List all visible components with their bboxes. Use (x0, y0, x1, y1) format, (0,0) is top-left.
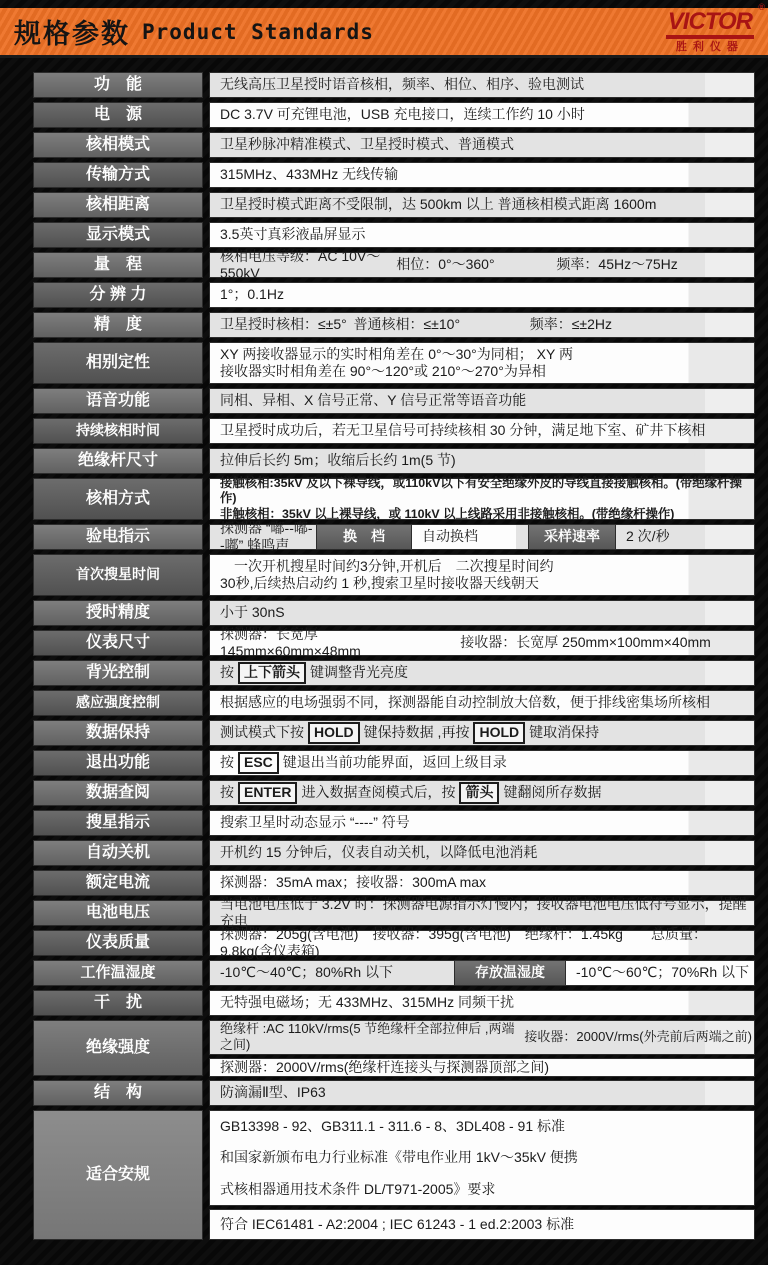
page-title-zh: 规格参数 (14, 12, 130, 51)
row-value: 接触核相:35kV 及以下裸导线，或110kV以下有安全绝缘外皮的导线直接接触核… (209, 478, 755, 520)
row-label: 仪表质量 (33, 930, 203, 956)
row-label: 功 能 (33, 72, 203, 98)
spec-row-voice: 语音功能 同相、异相、X 信号正常、Y 信号正常等语音功能 (33, 388, 755, 414)
row-label: 量 程 (33, 252, 203, 278)
sub-label-sample-rate: 采样速率 (528, 525, 616, 549)
spec-row-interference: 干 扰 无特强电磁场；无 433MHz、315MHz 同频干扰 (33, 990, 755, 1016)
row-label: 额定电流 (33, 870, 203, 896)
row-value: 卫星授时核相：≤±5° 普通核相：≤±10° 频率：≤±2Hz (209, 312, 755, 338)
spec-row-voltage-indication: 验电指示 探测器 “嘟--嘟--嘟” 蜂鸣声 换 档 自动换档 采样速率 2 次… (33, 524, 755, 550)
row-label: 核相距离 (33, 192, 203, 218)
operating-range-text: -10℃～40℃；80%Rh 以下 (210, 961, 454, 985)
row-value: 卫星秒脉冲精准模式、卫星授时模式、普通模式 (209, 132, 755, 158)
spec-row-transmission: 传输方式 315MHz、433MHz 无线传输 (33, 162, 755, 188)
spec-row-data-hold: 数据保持 测试模式下按HOLD键保持数据 ,再按HOLD键取消保持 (33, 720, 755, 746)
row-value: 探测器：2000V/rms(绝缘杆连接头与探测器顶部之间) (209, 1058, 755, 1078)
hold-key-label: HOLD (308, 722, 360, 744)
row-label: 感应强度控制 (33, 690, 203, 716)
row-label: 自动关机 (33, 840, 203, 866)
row-label: 结 构 (33, 1080, 203, 1106)
row-value: 1°；0.1Hz (209, 282, 755, 308)
row-label: 精 度 (33, 312, 203, 338)
row-value: 3.5英寸真彩液晶屏显示 (209, 222, 755, 248)
row-label: 显示模式 (33, 222, 203, 248)
registered-mark-icon: ® (758, 3, 764, 12)
spec-row-auto-power-off: 自动关机 开机约 15 分钟后，仪表自动关机，以降低电池消耗 (33, 840, 755, 866)
row-value: 一次开机搜星时间约3分钟,开机后 二次搜星时间约 30秒,后续热启动约 1 秒,… (209, 554, 755, 596)
row-label: 电池电压 (33, 900, 203, 926)
beeper-text: 探测器 “嘟--嘟--嘟” 蜂鸣声 (210, 525, 316, 549)
row-value: 探测器：205g(含电池) 接收器：395g(含电池) 绝缘杆：1.45kg 总… (209, 930, 755, 956)
row-label: 工作温湿度 (33, 960, 203, 986)
spec-row-meter-size: 仪表尺寸 探测器：长宽厚 145mm×60mm×48mm 接收器：长宽厚 250… (33, 630, 755, 656)
page-header: 规格参数 Product Standards VICTOR® 胜利仪器 (0, 8, 768, 58)
esc-key-label: ESC (238, 752, 279, 774)
spec-row-insulation-strength: 绝缘强度 绝缘杆 :AC 110kV/rms(5 节绝缘杆全部拉伸后 ,两端之间… (33, 1020, 755, 1076)
hold-key-label: HOLD (473, 722, 525, 744)
spec-row-battery-voltage: 电池电压 当电池电压低于 3.2V 时：探测器电源指示灯慢闪；接收器电池电压低符… (33, 900, 755, 926)
row-label: 相别定性 (33, 342, 203, 384)
row-value: 按ESC键退出当前功能界面，返回上级目录 (209, 750, 755, 776)
row-label: 验电指示 (33, 524, 203, 550)
spec-table: 功 能 无线高压卫星授时语音核相，频率、相位、相序、验电测试 电 源 DC 3.… (33, 72, 755, 1240)
spec-row-induction-strength: 感应强度控制 根据感应的电场强弱不同，探测器能自动控制放大倍数，便于排线密集场所… (33, 690, 755, 716)
row-label: 首次搜星时间 (33, 554, 203, 596)
up-down-arrow-key-label: 上下箭头 (238, 662, 306, 684)
spec-row-timing-accuracy: 授时精度 小于 30nS (33, 600, 755, 626)
row-value: 当电池电压低于 3.2V 时：探测器电源指示灯慢闪；接收器电池电压低符号显示，提… (209, 900, 755, 926)
row-label: 持续核相时间 (33, 418, 203, 444)
row-value: DC 3.7V 可充锂电池，USB 充电接口，连续工作约 10 小时 (209, 102, 755, 128)
spec-row-backlight: 背光控制 按上下箭头键调整背光亮度 (33, 660, 755, 686)
row-value: 符合 IEC61481 - A2:2004 ; IEC 61243 - 1 ed… (209, 1209, 755, 1240)
row-value: 无特强电磁场；无 433MHz、315MHz 同频干扰 (209, 990, 755, 1016)
row-value: -10℃～40℃；80%Rh 以下 存放温湿度 -10℃～60℃；70%Rh 以… (209, 960, 755, 986)
row-value: XY 两接收器显示的实时相角差在 0°～30°为同相； XY 两 接收器实时相角… (209, 342, 755, 384)
spec-row-pole-size: 绝缘杆尺寸 拉伸后长约 5m；收缩后长约 1m(5 节) (33, 448, 755, 474)
page-title-en: Product Standards (142, 20, 374, 44)
brand-wordmark: VICTOR® (666, 10, 754, 39)
spec-row-phase-identification: 相别定性 XY 两接收器显示的实时相角差在 0°～30°为同相； XY 两 接收… (33, 342, 755, 384)
row-value: 拉伸后长约 5m；收缩后长约 1m(5 节) (209, 448, 755, 474)
row-value: 探测器：长宽厚 145mm×60mm×48mm 接收器：长宽厚 250mm×10… (209, 630, 755, 656)
row-value: GB13398 - 92、GB311.1 - 311.6 - 8、3DL408 … (209, 1110, 755, 1206)
spec-row-exit-function: 退出功能 按ESC键退出当前功能界面，返回上级目录 (33, 750, 755, 776)
row-value: 按ENTER进入数据查阅模式后，按箭头键翻阅所存数据 (209, 780, 755, 806)
spec-row-resolution: 分 辨 力 1°；0.1Hz (33, 282, 755, 308)
standards-subrows: GB13398 - 92、GB311.1 - 311.6 - 8、3DL408 … (209, 1110, 755, 1240)
row-value: 防滴漏Ⅱ型、IP63 (209, 1080, 755, 1106)
victor-logo: VICTOR® 胜利仪器 (666, 10, 754, 53)
sample-rate-value: 2 次/秒 (616, 525, 754, 549)
row-value: 卫星授时模式距离不受限制，达 500km 以上 普通核相模式距离 1600m (209, 192, 755, 218)
row-value: 绝缘杆 :AC 110kV/rms(5 节绝缘杆全部拉伸后 ,两端之间) 接收器… (209, 1020, 755, 1055)
row-label: 退出功能 (33, 750, 203, 776)
row-value: 核相电压等级：AC 10V～550kV 相位：0°～360° 频率：45Hz～7… (209, 252, 755, 278)
row-label: 核相模式 (33, 132, 203, 158)
row-value: 按上下箭头键调整背光亮度 (209, 660, 755, 686)
spec-row-satellite-search-indication: 搜星指示 搜索卫星时动态显示 “----” 符号 (33, 810, 755, 836)
spec-row-distance: 核相距离 卫星授时模式距离不受限制，达 500km 以上 普通核相模式距离 16… (33, 192, 755, 218)
spec-row-safety-standards: 适合安规 GB13398 - 92、GB311.1 - 311.6 - 8、3D… (33, 1110, 755, 1240)
row-label: 背光控制 (33, 660, 203, 686)
spec-row-accuracy: 精 度 卫星授时核相：≤±5° 普通核相：≤±10° 频率：≤±2Hz (33, 312, 755, 338)
row-value: 小于 30nS (209, 600, 755, 626)
row-label: 绝缘杆尺寸 (33, 448, 203, 474)
row-label: 数据保持 (33, 720, 203, 746)
spec-row-structure: 结 构 防滴漏Ⅱ型、IP63 (33, 1080, 755, 1106)
storage-range-text: -10℃～60℃；70%Rh 以下 (566, 961, 754, 985)
spec-row-meter-weight: 仪表质量 探测器：205g(含电池) 接收器：395g(含电池) 绝缘杆：1.4… (33, 930, 755, 956)
spec-row-continuous-phasing-time: 持续核相时间 卫星授时成功后，若无卫星信号可持续核相 30 分钟，满足地下室、矿… (33, 418, 755, 444)
row-label: 数据查阅 (33, 780, 203, 806)
spec-row-phasing-mode: 核相模式 卫星秒脉冲精准模式、卫星授时模式、普通模式 (33, 132, 755, 158)
spec-row-operating-humidity: 工作温湿度 -10℃～40℃；80%Rh 以下 存放温湿度 -10℃～60℃；7… (33, 960, 755, 986)
enter-key-label: ENTER (238, 782, 297, 804)
spec-sheet-page: 规格参数 Product Standards VICTOR® 胜利仪器 功 能 … (0, 8, 768, 1265)
spec-row-function: 功 能 无线高压卫星授时语音核相，频率、相位、相序、验电测试 (33, 72, 755, 98)
row-value: 开机约 15 分钟后，仪表自动关机，以降低电池消耗 (209, 840, 755, 866)
row-label: 电 源 (33, 102, 203, 128)
sub-label-storage-humidity: 存放温湿度 (454, 961, 566, 985)
row-value: 探测器：35mA max；接收器：300mA max (209, 870, 755, 896)
row-value: 卫星授时成功后，若无卫星信号可持续核相 30 分钟，满足地下室、矿井下核相 (209, 418, 755, 444)
logo-subtext: 胜利仪器 (666, 42, 754, 53)
spec-row-phasing-method: 核相方式 接触核相:35kV 及以下裸导线，或110kV以下有安全绝缘外皮的导线… (33, 478, 755, 520)
row-label: 传输方式 (33, 162, 203, 188)
arrow-key-label: 箭头 (459, 782, 499, 804)
gear-shift-value: 自动换档 (412, 525, 516, 549)
spec-row-power: 电 源 DC 3.7V 可充锂电池，USB 充电接口，连续工作约 10 小时 (33, 102, 755, 128)
row-label: 绝缘强度 (33, 1020, 203, 1076)
insulation-subrows: 绝缘杆 :AC 110kV/rms(5 节绝缘杆全部拉伸后 ,两端之间) 接收器… (209, 1020, 755, 1076)
spec-row-first-satellite-search: 首次搜星时间 一次开机搜星时间约3分钟,开机后 二次搜星时间约 30秒,后续热启… (33, 554, 755, 596)
row-value: 无线高压卫星授时语音核相，频率、相位、相序、验电测试 (209, 72, 755, 98)
row-label: 核相方式 (33, 478, 203, 520)
row-value: 同相、异相、X 信号正常、Y 信号正常等语音功能 (209, 388, 755, 414)
row-value: 测试模式下按HOLD键保持数据 ,再按HOLD键取消保持 (209, 720, 755, 746)
row-label: 仪表尺寸 (33, 630, 203, 656)
row-label: 语音功能 (33, 388, 203, 414)
row-label: 分 辨 力 (33, 282, 203, 308)
row-value: 搜索卫星时动态显示 “----” 符号 (209, 810, 755, 836)
row-label: 授时精度 (33, 600, 203, 626)
cell-spacer (516, 525, 528, 549)
spec-row-rated-current: 额定电流 探测器：35mA max；接收器：300mA max (33, 870, 755, 896)
sub-label-gear-shift: 换 档 (316, 525, 412, 549)
row-label: 干 扰 (33, 990, 203, 1016)
row-value: 315MHz、433MHz 无线传输 (209, 162, 755, 188)
row-label: 搜星指示 (33, 810, 203, 836)
spec-row-data-review: 数据查阅 按ENTER进入数据查阅模式后，按箭头键翻阅所存数据 (33, 780, 755, 806)
spec-row-display: 显示模式 3.5英寸真彩液晶屏显示 (33, 222, 755, 248)
row-value: 根据感应的电场强弱不同，探测器能自动控制放大倍数，便于排线密集场所核相 (209, 690, 755, 716)
row-label: 适合安规 (33, 1110, 203, 1240)
spec-row-range: 量 程 核相电压等级：AC 10V～550kV 相位：0°～360° 频率：45… (33, 252, 755, 278)
row-value: 探测器 “嘟--嘟--嘟” 蜂鸣声 换 档 自动换档 采样速率 2 次/秒 (209, 524, 755, 550)
